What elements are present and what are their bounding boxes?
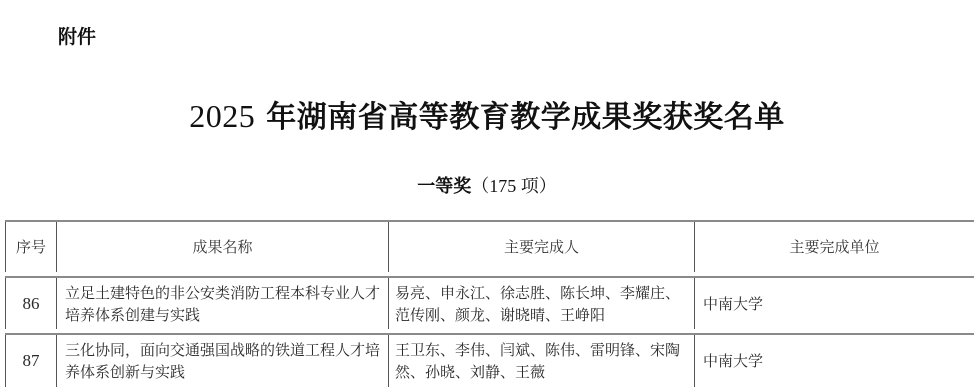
title-text: 年湖南省高等教育教学成果奖获奖名单 — [255, 100, 784, 135]
row-achievement-name: 三化协同，面向交通强国战略的铁道工程人才培养体系创新与实践 — [56, 335, 388, 387]
header-main-unit: 主要完成单位 — [694, 222, 974, 272]
table-header-row: 序号 成果名称 主要完成人 主要完成单位 — [5, 220, 974, 272]
award-tier-heading: 一等奖（175 项） — [0, 172, 974, 198]
document-title: 2025 年湖南省高等教育教学成果奖获奖名单 — [0, 92, 974, 136]
award-tier-count: （175 项） — [471, 176, 557, 196]
header-achievement-name: 成果名称 — [56, 222, 388, 272]
header-main-contributors: 主要完成人 — [388, 222, 694, 272]
title-year: 2025 — [189, 98, 255, 134]
row-main-contributors: 王卫东、李伟、闫斌、陈伟、雷明锋、宋陶然、孙晓、刘静、王薇 — [388, 335, 694, 387]
header-index: 序号 — [5, 222, 56, 272]
award-tier-name: 一等奖 — [417, 176, 471, 197]
row-index: 87 — [5, 335, 56, 387]
attachment-label: 附件 — [58, 22, 96, 49]
row-achievement-name: 立足土建特色的非公安类消防工程本科专业人才培养体系创建与实践 — [56, 278, 388, 329]
row-main-unit: 中南大学 — [694, 278, 974, 329]
table-row: 86 立足土建特色的非公安类消防工程本科专业人才培养体系创建与实践 易亮、申永江… — [5, 276, 974, 329]
table-row: 87 三化协同，面向交通强国战略的铁道工程人才培养体系创新与实践 王卫东、李伟、… — [5, 333, 974, 387]
row-main-unit: 中南大学 — [694, 335, 974, 387]
row-index: 86 — [5, 278, 56, 329]
row-main-contributors: 易亮、申永江、徐志胜、陈长坤、李耀庄、范传刚、颜龙、谢晓晴、王峥阳 — [388, 278, 694, 329]
